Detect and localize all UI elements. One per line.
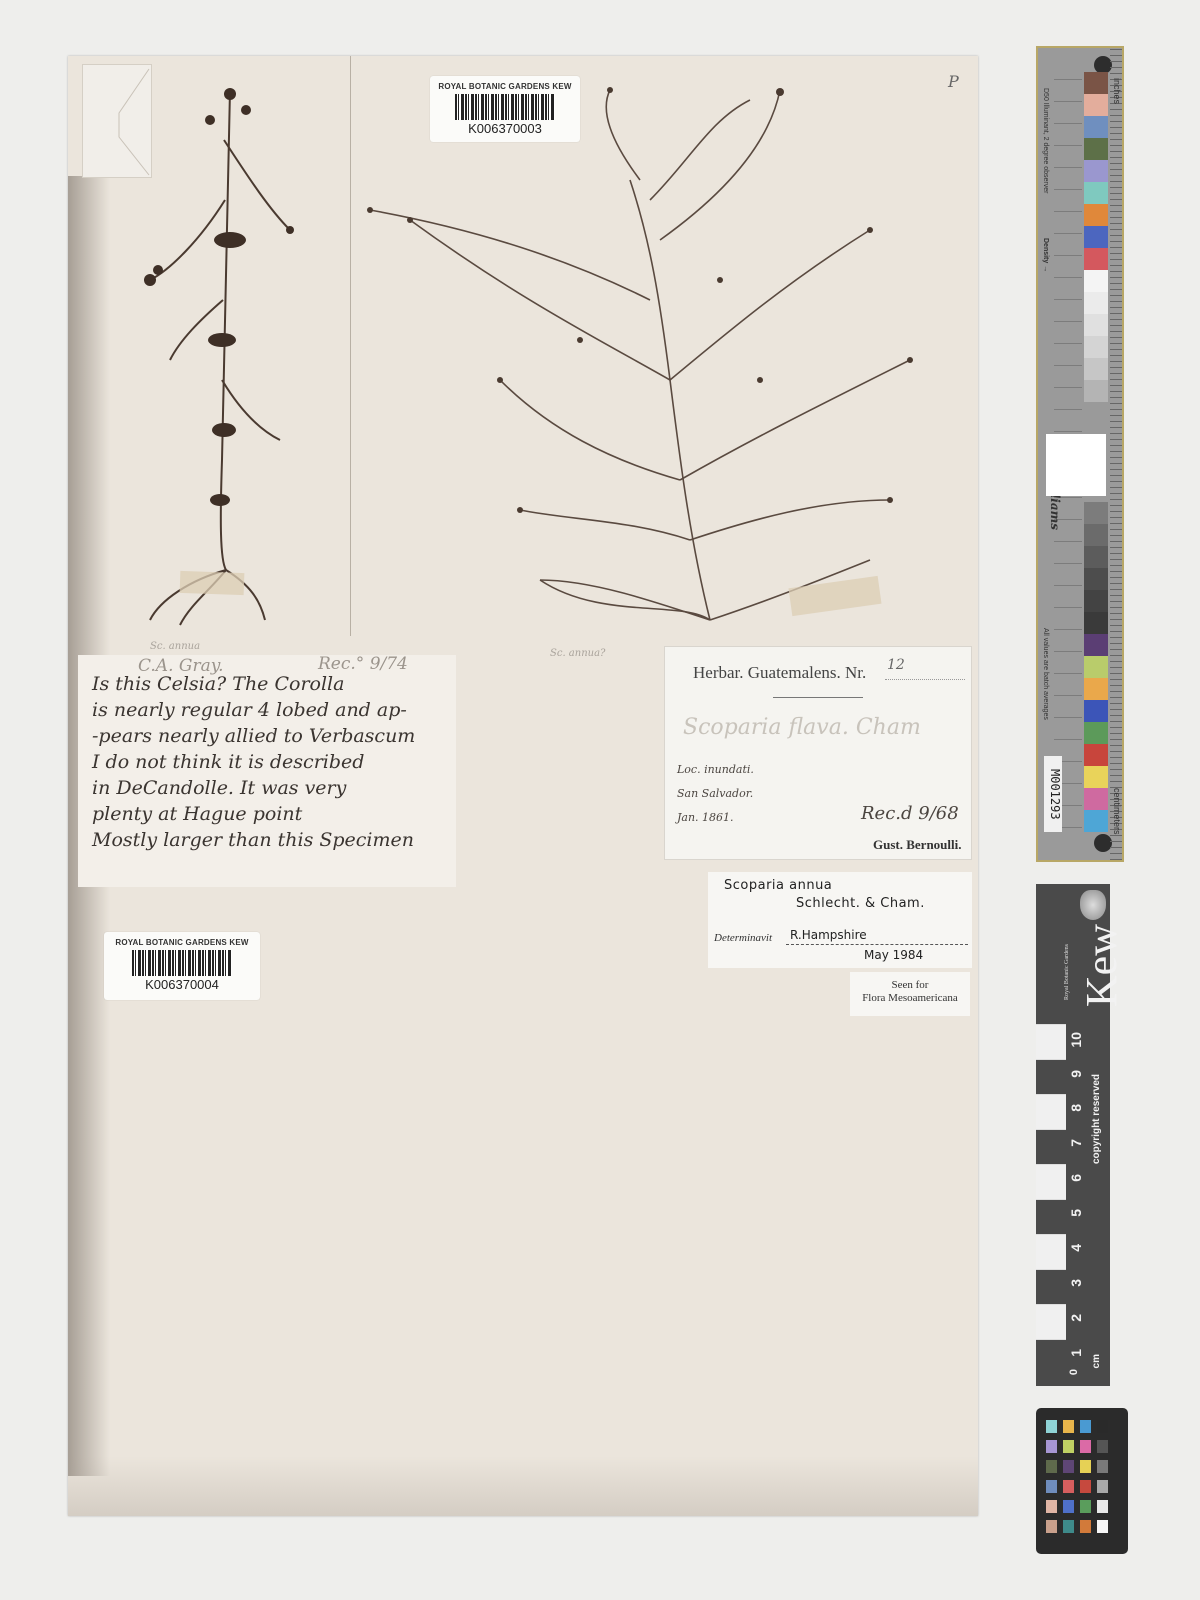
corner-mark: P <box>948 72 959 91</box>
plant-specimen-left <box>130 80 310 630</box>
det-label: Determinavit <box>714 932 772 944</box>
centimeters-label: centimeters <box>1112 788 1122 835</box>
locality-1: Loc. inundati. <box>677 763 754 776</box>
dashed-line <box>786 944 968 945</box>
batch-note: All values are batch averages <box>1042 628 1049 720</box>
collection-label: Herbar. Guatemalens. Nr. 12 Scoparia fla… <box>664 646 972 860</box>
scale-segment <box>1036 1094 1066 1129</box>
locality-2: San Salvador. <box>677 787 753 800</box>
grey-swatch <box>1084 336 1108 358</box>
label-rule <box>773 697 863 698</box>
scale-segment <box>1036 1339 1066 1374</box>
copyright-text: copyright reserved <box>1091 1074 1102 1164</box>
color-swatch <box>1084 634 1108 656</box>
color-swatch <box>1084 700 1108 722</box>
cm-scale <box>1036 1024 1066 1386</box>
plant-specimen-right <box>350 80 960 640</box>
scale-number: 7 <box>1068 1139 1084 1147</box>
grey-swatch <box>1084 502 1108 524</box>
kew-subtitle: Royal Botanic Gardens <box>1064 944 1070 1000</box>
grey-swatch <box>1084 524 1108 546</box>
collection-number: 12 <box>887 657 905 673</box>
scale-segment <box>1036 1269 1066 1304</box>
scale-number: 4 <box>1068 1244 1084 1252</box>
determiner-name: R.Hampshire <box>790 928 867 942</box>
colour-checker-card <box>1036 1408 1128 1554</box>
note-line: I do not think it is described <box>92 749 448 775</box>
color-swatch <box>1084 722 1108 744</box>
checker-patch <box>1080 1520 1091 1533</box>
det-authority: Schlecht. & Cham. <box>796 896 925 911</box>
grey-swatch <box>1084 292 1108 314</box>
color-calibration-ruler: D50 Illuminant, 2 degree observer Densit… <box>1036 46 1124 862</box>
checker-patch <box>1063 1420 1074 1433</box>
scale-segment <box>1036 1024 1066 1059</box>
collection-date: Jan. 1861. <box>677 811 734 824</box>
color-swatch <box>1084 204 1108 226</box>
received-date: Rec.d 9/68 <box>861 803 959 824</box>
scale-number: 6 <box>1068 1174 1084 1182</box>
checker-patch <box>1063 1440 1074 1453</box>
checker-patch <box>1097 1520 1108 1533</box>
scale-number: 8 <box>1068 1104 1084 1112</box>
note-line: -pears nearly allied to Verbascum <box>92 723 448 749</box>
handwritten-note: C.A. Gray. Rec.° 9/74 Is this Celsia? Th… <box>78 655 456 887</box>
density-label: Density → <box>1042 238 1049 272</box>
color-swatch <box>1084 678 1108 700</box>
checker-patch <box>1080 1500 1091 1513</box>
color-swatch <box>1084 94 1108 116</box>
scale-segment <box>1036 1164 1066 1199</box>
scale-segment <box>1036 1199 1066 1234</box>
note-line: plenty at Hague point <box>92 801 448 827</box>
seen-for-label: Seen for Flora Mesoamericana <box>850 972 970 1016</box>
det-date: May 1984 <box>864 948 923 962</box>
grey-swatch <box>1084 612 1108 634</box>
collector-name: Gust. Bernoulli. <box>873 837 962 853</box>
color-swatch <box>1084 788 1108 810</box>
scale-number: 2 <box>1068 1314 1084 1322</box>
checker-patch <box>1046 1500 1057 1513</box>
mounting-tape <box>180 571 245 595</box>
barcode-number: K006370004 <box>104 977 260 992</box>
color-swatch <box>1084 160 1108 182</box>
sheet-stain-bottom <box>68 1456 978 1516</box>
color-swatch <box>1084 656 1108 678</box>
grey-swatch <box>1084 314 1108 336</box>
grey-swatch <box>1084 568 1108 590</box>
ruler-id: M001293 <box>1044 756 1062 832</box>
kew-wordmark: Kew <box>1076 924 1127 1007</box>
herbarium-title: Herbar. Guatemalens. Nr. <box>693 663 866 683</box>
seen-line-1: Seen for <box>850 979 970 992</box>
barcode-icon <box>132 950 232 976</box>
checker-patch <box>1097 1500 1108 1513</box>
illuminant-note: D50 Illuminant, 2 degree observer <box>1042 88 1049 193</box>
checker-patch <box>1080 1420 1091 1433</box>
checker-patch <box>1080 1460 1091 1473</box>
grey-swatch <box>1084 270 1108 292</box>
pencil-annotation-left: Sc. annua <box>150 641 200 652</box>
checker-patch <box>1080 1480 1091 1493</box>
checker-patch <box>1046 1460 1057 1473</box>
checker-patch <box>1080 1440 1091 1453</box>
color-swatch <box>1084 138 1108 160</box>
note-header-collector: C.A. Gray. <box>138 653 223 679</box>
pencil-annotation-right: Sc. annua? <box>550 648 605 659</box>
checker-patch <box>1063 1460 1074 1473</box>
seen-line-2: Flora Mesoamericana <box>850 992 970 1005</box>
scale-number: 3 <box>1068 1279 1084 1287</box>
checker-patch <box>1063 1500 1074 1513</box>
kew-crest-icon <box>1080 890 1106 920</box>
checker-patch <box>1097 1440 1108 1453</box>
species-name: Scoparia flava. Cham <box>683 715 921 740</box>
scale-number: 10 <box>1068 1032 1084 1048</box>
checker-patch <box>1063 1520 1074 1533</box>
cm-label: cm <box>1091 1354 1102 1368</box>
scale-segment <box>1036 1129 1066 1164</box>
scale-segment <box>1036 1304 1066 1339</box>
color-swatch <box>1084 766 1108 788</box>
note-header-received: Rec.° 9/74 <box>318 651 408 677</box>
color-swatch <box>1084 116 1108 138</box>
dotted-line <box>885 679 965 680</box>
grey-swatch <box>1084 380 1108 402</box>
resolution-target <box>1046 434 1106 496</box>
checker-patch <box>1097 1460 1108 1473</box>
scale-zero: 0 <box>1068 1369 1080 1375</box>
det-species: Scoparia annua <box>724 878 832 893</box>
note-line: Mostly larger than this Specimen <box>92 827 448 853</box>
grey-swatch <box>1084 590 1108 612</box>
inches-label: inches <box>1112 78 1122 104</box>
checker-patch <box>1046 1480 1057 1493</box>
color-swatch <box>1084 248 1108 270</box>
checker-patch <box>1097 1420 1108 1433</box>
scale-number: 9 <box>1068 1070 1084 1078</box>
ruler-ticks <box>1110 48 1122 860</box>
determination-label: Scoparia annua Schlecht. & Cham. Determi… <box>708 872 972 968</box>
checker-patch <box>1046 1440 1057 1453</box>
color-swatch <box>1084 226 1108 248</box>
barcode-label-bottom: ROYAL BOTANIC GARDENS KEW K006370004 <box>104 932 260 1000</box>
grey-swatch <box>1084 358 1108 380</box>
barcode-org: ROYAL BOTANIC GARDENS KEW <box>104 938 260 947</box>
color-swatch <box>1084 182 1108 204</box>
grey-swatch <box>1084 546 1108 568</box>
scale-segment <box>1036 1059 1066 1094</box>
kew-scale-bar: Kew Royal Botanic Gardens 10 9 8 7 6 5 4… <box>1036 884 1110 1386</box>
color-swatch <box>1084 810 1108 832</box>
checker-patch <box>1063 1480 1074 1493</box>
scale-number: 5 <box>1068 1209 1084 1217</box>
note-line: in DeCandolle. It was very <box>92 775 448 801</box>
note-line: is nearly regular 4 lobed and ap- <box>92 697 448 723</box>
scale-number: 1 <box>1068 1349 1084 1357</box>
color-swatch <box>1084 744 1108 766</box>
color-swatch <box>1084 72 1108 94</box>
scale-segment <box>1036 1234 1066 1269</box>
checker-patch <box>1046 1420 1057 1433</box>
checker-patch <box>1097 1480 1108 1493</box>
checker-patch <box>1046 1520 1057 1533</box>
